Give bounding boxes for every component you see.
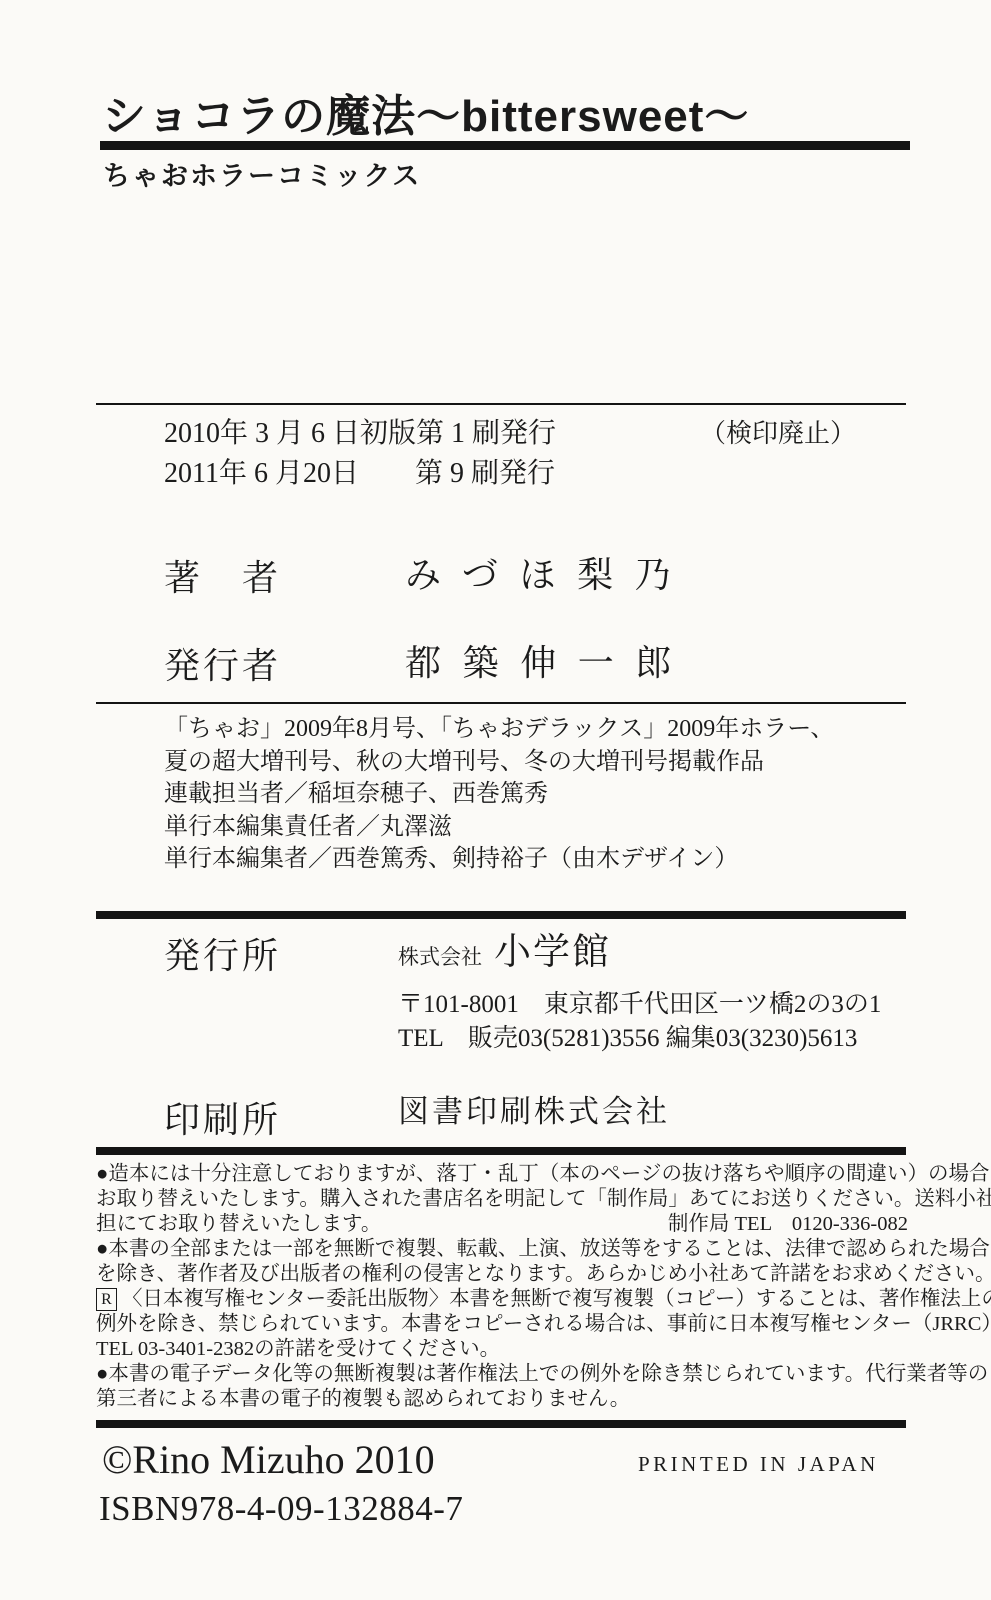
series-name: ちゃおホラーコミックス <box>103 154 421 193</box>
credits-line: 「ちゃお」2009年8月号、「ちゃおデラックス」2009年ホラー、 <box>164 713 834 746</box>
publisher-address: 〒101-8001 東京都千代田区一ツ橋2の3の1 <box>398 984 881 1020</box>
colophon-page: ショコラの魔法〜bittersweet〜 ちゃおホラーコミックス 2010年 3… <box>0 0 991 1600</box>
legal-line: ●本書の全部または一部を無断で複製、転載、上演、放送等をすることは、法律で認めら… <box>96 1237 908 1262</box>
copyright-notice: ©Rino Mizuho 2010 <box>102 1436 435 1483</box>
credits-line: 連載担当者／稲垣奈穂子、西巻篤秀 <box>164 778 834 811</box>
credits-line: 単行本編集責任者／丸澤滋 <box>164 811 834 844</box>
title-underline <box>100 141 910 150</box>
legal-line: ●本書の電子データ化等の無断複製は著作権法上での例外を除き禁じられています。代行… <box>96 1362 908 1387</box>
publisher-person-label: 発行者 <box>164 638 281 689</box>
legal-line: 第三者による本書の電子的複製も認められておりません。 <box>96 1387 908 1412</box>
divider-above-publisher <box>96 911 906 919</box>
author-name: みづほ梨乃 <box>405 547 692 598</box>
serialization-credits: 「ちゃお」2009年8月号、「ちゃおデラックス」2009年ホラー、 夏の超大増刊… <box>164 713 834 876</box>
legal-line: を除き、著作者及び出版者の権利の侵害となります。あらかじめ小社あて許諾をお求めく… <box>96 1262 908 1287</box>
divider-above-footer <box>96 1420 906 1428</box>
divider-above-legal <box>96 1147 906 1155</box>
corporation-prefix: 株式会社 <box>398 941 482 971</box>
publishing-house-name-row: 株式会社 小学館 <box>398 921 611 975</box>
printer-name: 図書印刷株式会社 <box>398 1086 670 1131</box>
publisher-person-name: 都築伸一郎 <box>405 635 693 686</box>
author-label: 著 者 <box>164 550 281 601</box>
legal-line-left: 担にてお取り替えいたします。 <box>96 1212 381 1237</box>
legal-line: お取り替えいたします。購入された書店名を明記して「制作局」あてにお送りください。… <box>96 1187 908 1212</box>
legal-line-jrrc: R〈日本複写権センター委託出版物〉本書を無断で複写複製（コピー）することは、著作… <box>96 1287 908 1312</box>
publisher-telephone: TEL 販売03(5281)3556 編集03(3230)5613 <box>398 1018 857 1054</box>
legal-line-with-contact: 担にてお取り替えいたします。 制作局 TEL 0120-336-082 <box>96 1212 908 1237</box>
printed-in-japan: PRINTED IN JAPAN <box>638 1452 879 1477</box>
divider-above-credits <box>96 702 906 704</box>
legal-line: TEL 03-3401-2382の許諾を受けてください。 <box>96 1337 908 1362</box>
first-edition-line: 2010年 3 月 6 日初版第 1 刷発行 <box>164 411 556 451</box>
divider-above-edition <box>96 403 906 405</box>
legal-line: ●造本には十分注意しておりますが、落丁・乱丁（本のページの抜け落ちや順序の間違い… <box>96 1162 908 1187</box>
publishing-house-name: 小学館 <box>494 921 611 975</box>
isbn-number: ISBN978-4-09-132884-7 <box>99 1489 463 1529</box>
latest-printing-line: 2011年 6 月20日 第 9 刷発行 <box>164 451 555 491</box>
credits-line: 単行本編集者／西巻篤秀、剣持裕子（由木デザイン） <box>164 843 834 876</box>
legal-notices: ●造本には十分注意しておりますが、落丁・乱丁（本のページの抜け落ちや順序の間違い… <box>96 1162 908 1412</box>
legal-line-text: 〈日本複写権センター委託出版物〉本書を無断で複写複製（コピー）することは、著作権… <box>122 1288 991 1310</box>
book-title: ショコラの魔法〜bittersweet〜 <box>102 80 749 144</box>
publishing-house-label: 発行所 <box>164 928 281 979</box>
printer-label: 印刷所 <box>164 1092 281 1143</box>
inspection-stamp-note: （検印廃止） <box>700 413 856 450</box>
credits-line: 夏の超大増刊号、秋の大増刊号、冬の大増刊号掲載作品 <box>164 746 834 779</box>
production-bureau-contact: 制作局 TEL 0120-336-082 <box>668 1212 908 1237</box>
legal-line: 例外を除き、禁じられています。本書をコピーされる場合は、事前に日本複写権センター… <box>96 1312 908 1337</box>
reproduction-rights-mark: R <box>96 1288 117 1311</box>
